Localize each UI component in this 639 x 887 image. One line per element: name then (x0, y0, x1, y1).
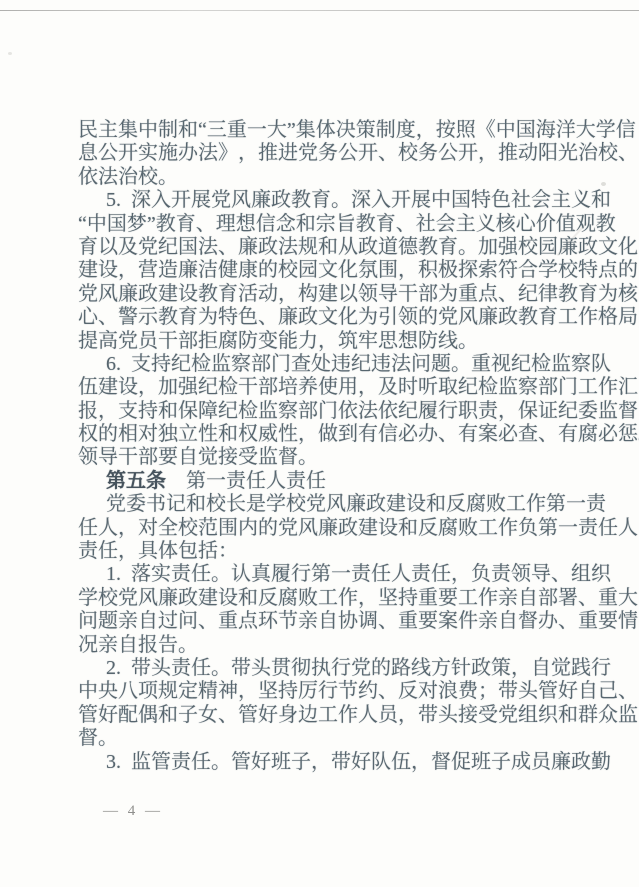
text-line: 提高党员干部拒腐防变能力，筑牢思想防线。 (78, 330, 572, 353)
text-line: 息公开实施办法》，推进党务公开、校务公开，推动阳光治校、 (78, 142, 572, 165)
text-line: 5. 深入开展党风廉政教育。深入开展中国特色社会主义和 (78, 189, 572, 212)
text-line: 问题亲自过问、重点环节亲自协调、重要案件亲自督办、重要情 (78, 610, 572, 633)
text-line: 管好配偶和子女、管好身边工作人员，带头接受党组织和群众监 (78, 704, 572, 727)
text-line: 党风廉政建设教育活动，构建以领导干部为重点、纪律教育为核 (78, 283, 572, 306)
scan-artifact-speck (601, 182, 606, 186)
text-line: 伍建设，加强纪检干部培养使用，及时听取纪检监察部门工作汇 (78, 376, 572, 399)
text-line: 6. 支持纪检监察部门查处违纪违法问题。重视纪检监察队 (78, 353, 572, 376)
text-line: 党委书记和校长是学校党风廉政建设和反腐败工作第一责 (78, 493, 572, 516)
text-line: 3. 监管责任。管好班子，带好队伍，督促班子成员廉政勤 (78, 751, 572, 774)
text-line: 权的相对独立性和权威性，做到有信必办、有案必查、有腐必惩。 (78, 423, 572, 446)
text-line: 督。 (78, 727, 572, 750)
text-line: 心、警示教育为特色、廉政文化为引领的党风廉政教育工作格局， (78, 306, 572, 329)
scanned-document-page: 民主集中制和“三重一大”集体决策制度，按照《中国海洋大学信息公开实施办法》，推进… (0, 0, 639, 887)
scan-artifact-line (0, 10, 639, 11)
text-line: 2. 带头责任。带头贯彻执行党的路线方针政策，自觉践行 (78, 657, 572, 680)
text-line: 民主集中制和“三重一大”集体决策制度，按照《中国海洋大学信 (78, 119, 572, 142)
text-line: 育以及党纪国法、廉政法规和从政道德教育。加强校园廉政文化 (78, 236, 572, 259)
text-line: 报，支持和保障纪检监察部门依法依纪履行职责，保证纪委监督 (78, 400, 572, 423)
text-line: 领导干部要自觉接受监督。 (78, 446, 572, 469)
text-line: 任人，对全校范围内的党风廉政建设和反腐败工作负第一责任人 (78, 517, 572, 540)
page-number: — 4 — (103, 801, 163, 821)
text-line: 况亲自报告。 (78, 634, 572, 657)
text-line: 建设，营造廉洁健康的校园文化氛围，积极探索符合学校特点的 (78, 259, 572, 282)
text-line: 第五条 第一责任人责任 (78, 470, 572, 493)
document-text-block: 民主集中制和“三重一大”集体决策制度，按照《中国海洋大学信息公开实施办法》，推进… (78, 119, 572, 774)
text-line: “中国梦”教育、理想信念和宗旨教育、社会主义核心价值观教 (78, 213, 572, 236)
scan-artifact-speck (8, 52, 12, 55)
text-line: 1. 落实责任。认真履行第一责任人责任，负责领导、组织 (78, 563, 572, 586)
text-line: 学校党风廉政建设和反腐败工作，坚持重要工作亲自部署、重大 (78, 587, 572, 610)
text-line: 依法治校。 (78, 166, 572, 189)
text-line: 责任，具体包括： (78, 540, 572, 563)
text-line: 中央八项规定精神，坚持厉行节约、反对浪费；带头管好自己、 (78, 680, 572, 703)
